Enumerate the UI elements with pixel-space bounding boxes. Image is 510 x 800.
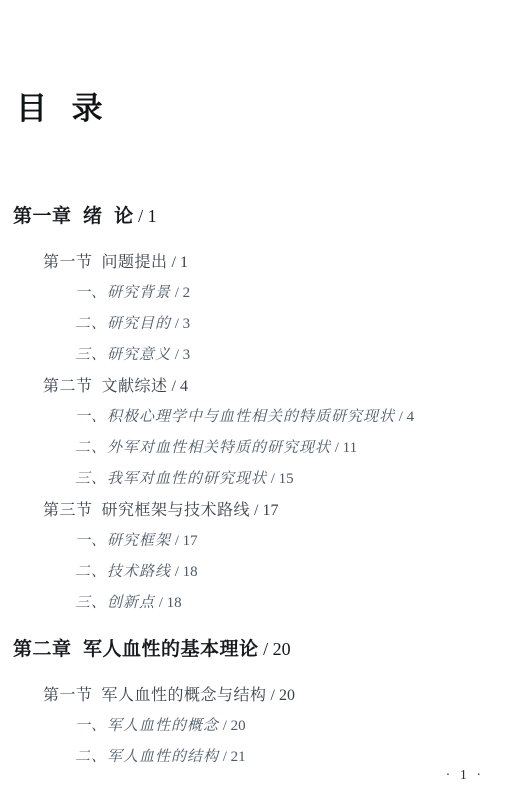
toc-entry-section: 第二节 文献综述 / 4	[43, 377, 510, 408]
toc-entry-label: 第三节 研究框架与技术路线	[43, 502, 250, 519]
toc-entry-label: 第一节 军人血性的概念与结构	[43, 687, 267, 704]
toc-entry-label: 第二章 军人血性的基本理论	[13, 639, 259, 660]
toc-entry-label: 三、我军对血性的研究现状	[75, 471, 267, 487]
toc-entry-pagenum: / 17	[171, 533, 198, 549]
toc-entry-section: 第三节 研究框架与技术路线 / 17	[43, 501, 510, 532]
toc-entry-section: 第一节 军人血性的概念与结构 / 20	[43, 686, 510, 717]
toc-entry-label: 一、研究背景	[75, 285, 171, 301]
toc-entry-item: 二、技术路线 / 18	[75, 563, 510, 594]
toc-entry-label: 三、研究意义	[75, 347, 171, 363]
toc-entry-label: 第一节 问题提出	[43, 254, 168, 271]
toc-entry-label: 第一章 绪 论	[13, 206, 134, 227]
toc-entry-pagenum: / 20	[267, 687, 295, 704]
toc-entry-label: 第二节 文献综述	[43, 378, 168, 395]
toc-entry-pagenum: / 18	[171, 564, 198, 580]
toc-entry-section: 第一节 问题提出 / 1	[43, 253, 510, 284]
toc-entry-pagenum: / 4	[168, 378, 188, 395]
toc-entry-pagenum: / 17	[250, 502, 278, 519]
toc-entry-label: 二、外军对血性相关特质的研究现状	[75, 440, 331, 456]
toc-entry-pagenum: / 21	[219, 749, 246, 765]
toc-entry-label: 二、军人血性的结构	[75, 749, 219, 765]
toc-entry-item: 一、研究背景 / 2	[75, 284, 510, 315]
toc-entry-label: 一、积极心理学中与血性相关的特质研究现状	[75, 409, 395, 425]
toc-entry-item: 三、我军对血性的研究现状 / 15	[75, 470, 510, 501]
toc-entry-item: 二、外军对血性相关特质的研究现状 / 11	[75, 439, 510, 470]
toc-entry-chapter: 第二章 军人血性的基本理论 / 20	[13, 625, 510, 686]
toc-entry-item: 三、创新点 / 18	[75, 594, 510, 625]
toc-entry-item: 一、研究框架 / 17	[75, 532, 510, 563]
toc-list: 第一章 绪 论 / 1第一节 问题提出 / 1一、研究背景 / 2二、研究目的 …	[0, 192, 510, 779]
toc-entry-item: 一、积极心理学中与血性相关的特质研究现状 / 4	[75, 408, 510, 439]
toc-entry-item: 三、研究意义 / 3	[75, 346, 510, 377]
toc-entry-label: 三、创新点	[75, 595, 155, 611]
toc-entry-pagenum: / 20	[219, 718, 246, 734]
toc-entry-label: 一、研究框架	[75, 533, 171, 549]
toc-entry-pagenum: / 1	[134, 206, 157, 226]
toc-entry-item: 二、研究目的 / 3	[75, 315, 510, 346]
toc-entry-pagenum: / 15	[267, 471, 294, 487]
toc-entry-label: 二、研究目的	[75, 316, 171, 332]
toc-entry-pagenum: / 11	[331, 440, 357, 456]
toc-entry-pagenum: / 20	[259, 639, 291, 659]
toc-entry-pagenum: / 3	[171, 316, 190, 332]
toc-entry-chapter: 第一章 绪 论 / 1	[13, 192, 510, 253]
page-title: 目 录	[0, 0, 510, 125]
footer-page-number: · 1 ·	[446, 768, 484, 784]
document-page: 目 录 第一章 绪 论 / 1第一节 问题提出 / 1一、研究背景 / 2二、研…	[0, 0, 510, 800]
toc-entry-item: 一、军人血性的概念 / 20	[75, 717, 510, 748]
toc-entry-label: 二、技术路线	[75, 564, 171, 580]
toc-entry-pagenum: / 18	[155, 595, 182, 611]
toc-entry-pagenum: / 1	[168, 254, 188, 271]
toc-entry-pagenum: / 3	[171, 347, 190, 363]
toc-entry-pagenum: / 4	[395, 409, 414, 425]
toc-entry-pagenum: / 2	[171, 285, 190, 301]
toc-entry-label: 一、军人血性的概念	[75, 718, 219, 734]
